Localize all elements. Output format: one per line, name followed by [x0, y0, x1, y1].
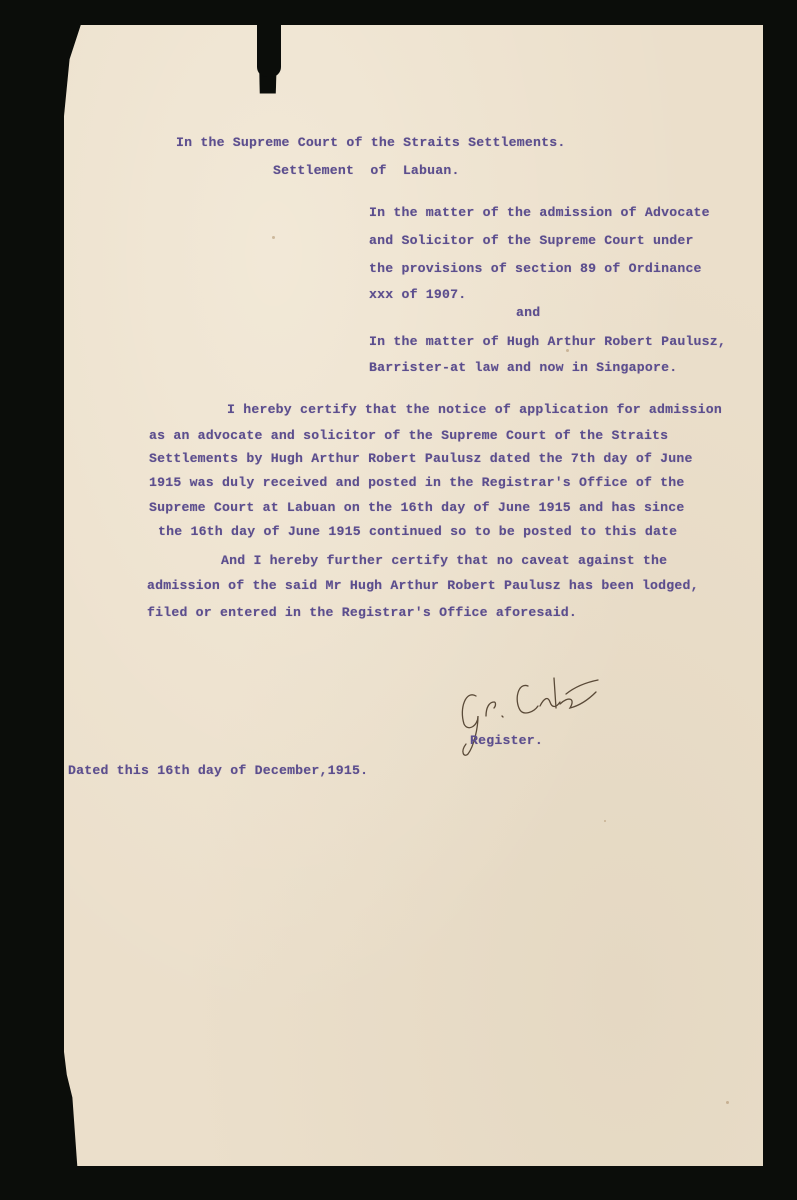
dated-line: Dated this 16th day of December,1915. — [68, 763, 368, 778]
further-certificate-line: filed or entered in the Registrar's Offi… — [147, 605, 577, 620]
signature-title: Register. — [470, 733, 543, 748]
paper-speck — [272, 236, 275, 239]
paper-speck — [566, 349, 569, 352]
applicant-line: In the matter of Hugh Arthur Robert Paul… — [369, 334, 726, 349]
certificate-line: the 16th day of June 1915 continued so t… — [158, 524, 677, 539]
certificate-line: Settlements by Hugh Arthur Robert Paulus… — [149, 451, 693, 466]
handwritten-signature — [456, 668, 606, 763]
settlement-heading: Settlement of Labuan. — [273, 163, 460, 178]
court-heading: In the Supreme Court of the Straits Sett… — [176, 135, 565, 150]
matter-line: In the matter of the admission of Advoca… — [369, 205, 710, 220]
matter-line: xxx of 1907. — [369, 287, 466, 302]
further-certificate-line: admission of the said Mr Hugh Arthur Rob… — [147, 578, 699, 593]
certificate-line: as an advocate and solicitor of the Supr… — [149, 428, 668, 443]
matter-line: and Solicitor of the Supreme Court under — [369, 233, 694, 248]
conjunction-and: and — [516, 305, 540, 320]
paper-speck — [604, 820, 606, 822]
certificate-line: 1915 was duly received and posted in the… — [149, 475, 685, 490]
certificate-line: Supreme Court at Labuan on the 16th day … — [149, 500, 685, 515]
document-page — [64, 25, 763, 1166]
certificate-line: I hereby certify that the notice of appl… — [227, 402, 722, 417]
matter-line: the provisions of section 89 of Ordinanc… — [369, 261, 702, 276]
further-certificate-line: And I hereby further certify that no cav… — [221, 553, 667, 568]
paper-speck — [726, 1101, 729, 1104]
paper-tear — [257, 25, 281, 77]
applicant-line: Barrister-at law and now in Singapore. — [369, 360, 677, 375]
